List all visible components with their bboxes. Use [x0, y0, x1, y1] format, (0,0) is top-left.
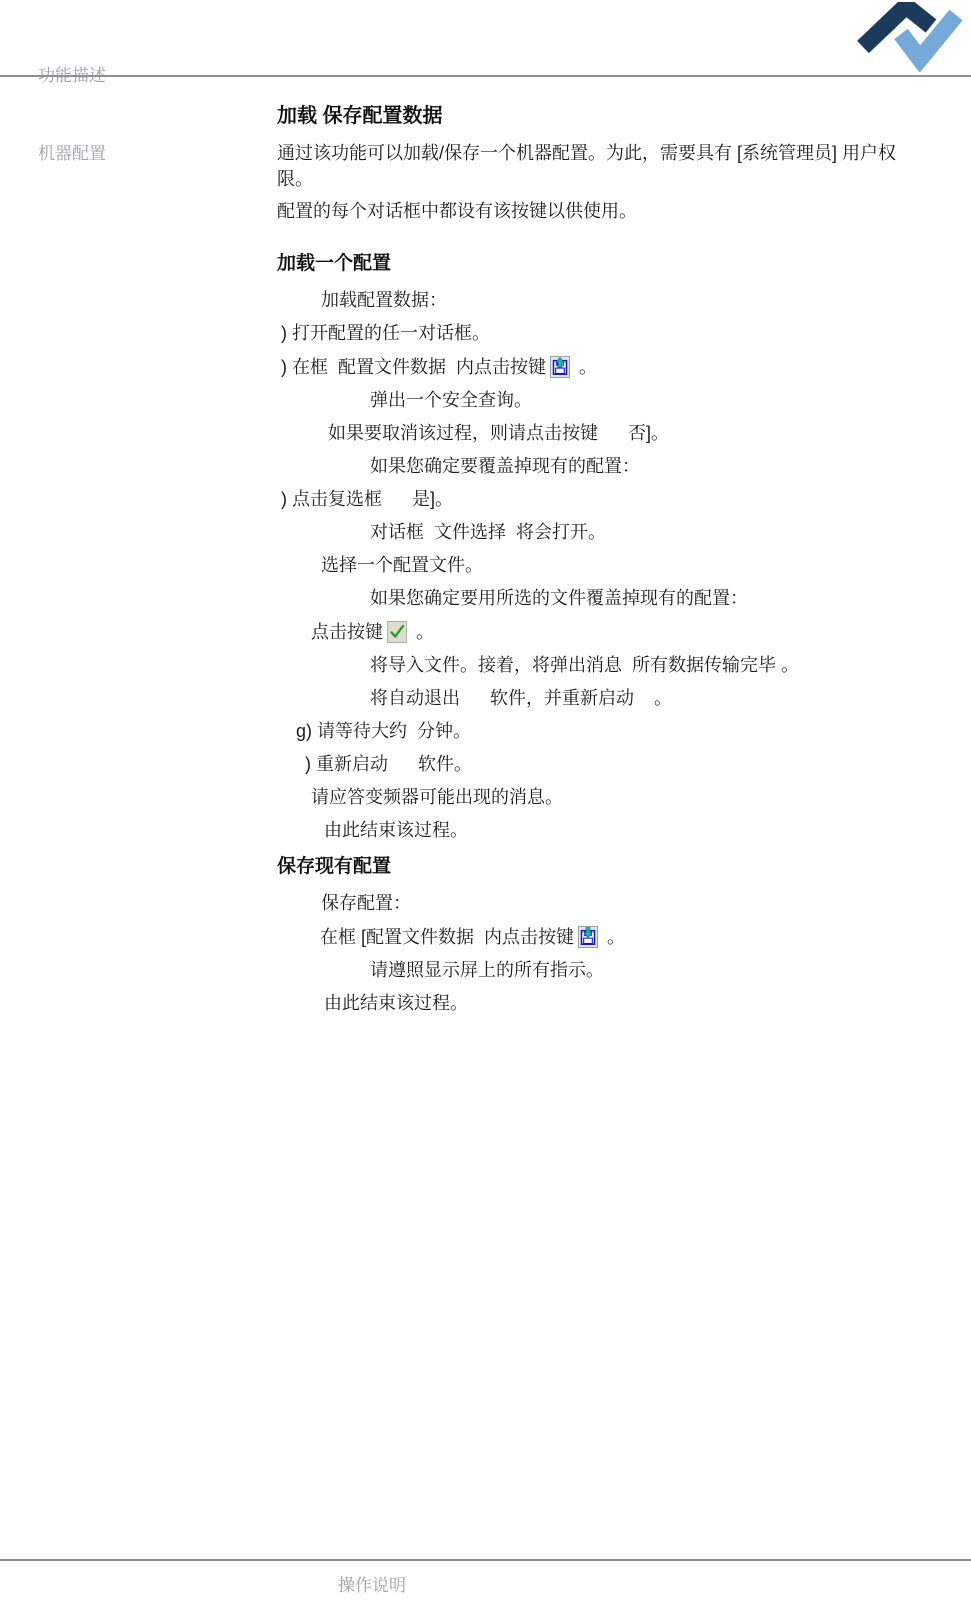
- footer-label: 操作说明: [338, 1575, 406, 1597]
- note-paragraph: 配置的每个对话框中都设有该按键以供使用。: [277, 198, 931, 224]
- step-result-line: 对话框 文件选择 将会打开。: [277, 522, 931, 543]
- confirm-checkmark-icon: [387, 621, 407, 643]
- step-line: 如果要取消该过程，则请点击按键 否]。: [277, 423, 931, 444]
- step-line: 选择一个配置文件。: [277, 555, 931, 576]
- step-line: g) 请等待大约 分钟。: [277, 721, 931, 742]
- page-title: 加载 保存配置数据: [277, 104, 931, 128]
- load-steps: 加载配置数据： ) 打开配置的任一对话框。 ) 在框 配置文件数据 内点击按键 …: [277, 290, 931, 841]
- step-result-line: 将导入文件。接着，将弹出消息 所有数据传输完毕 。: [277, 655, 931, 676]
- step-text: 点击按键: [311, 622, 383, 642]
- intro-paragraph: 通过该功能可以加载/保存一个机器配置。为此，需要具有 [系统管理员] 用户权限。: [277, 140, 931, 192]
- step-line: 在框 [配置文件数据 内点击按键 。: [277, 926, 931, 948]
- step-result-line: 请遵照显示屏上的所有指示。: [277, 960, 931, 981]
- step-text: ) 在框 配置文件数据 内点击按键: [281, 357, 546, 377]
- step-line: ) 重新启动 软件。: [277, 754, 931, 775]
- step-text: 。: [602, 927, 625, 947]
- section-heading-save: 保存现有配置: [277, 855, 931, 879]
- step-result-line: 将自动退出 软件，并重新启动 。: [277, 688, 931, 709]
- save-steps: 保存配置： 在框 [配置文件数据 内点击按键 。 请遵照显示屏上的所有指示。 由…: [277, 893, 931, 1014]
- section-heading-load: 加载一个配置: [277, 252, 931, 276]
- step-text: 。: [411, 622, 434, 642]
- load-config-floppy-up-arrow-icon: [550, 356, 570, 378]
- save-config-floppy-down-arrow-icon: [578, 926, 598, 948]
- page-content: 加载 保存配置数据 通过该功能可以加载/保存一个机器配置。为此，需要具有 [系统…: [0, 77, 971, 1026]
- brand-logo-icon: [848, 2, 966, 72]
- step-end-line: 由此结束该过程。: [277, 820, 931, 841]
- step-line: 保存配置：: [277, 893, 931, 914]
- manual-page: 功能描述 机器配置 加载 保存配置数据 通过该功能可以加载/保存一个机器配置。为…: [0, 0, 971, 1606]
- step-line: 请应答变频器可能出现的消息。: [277, 787, 931, 808]
- step-line: 点击按键 。: [277, 621, 931, 643]
- step-result-line: 如果您确定要覆盖掉现有的配置：: [277, 456, 931, 477]
- step-result-line: 弹出一个安全查询。: [277, 390, 931, 411]
- footer-divider: [0, 1559, 971, 1561]
- step-line: ) 打开配置的任一对话框。: [277, 323, 931, 344]
- step-result-line: 如果您确定要用所选的文件覆盖掉现有的配置：: [277, 588, 931, 609]
- step-line: ) 在框 配置文件数据 内点击按键 。: [277, 356, 931, 378]
- step-end-line: 由此结束该过程。: [277, 993, 931, 1014]
- step-line: ) 点击复选框 是]。: [277, 489, 931, 510]
- step-line: 加载配置数据：: [277, 290, 931, 311]
- step-text: 。: [574, 357, 597, 377]
- step-text: 在框 [配置文件数据 内点击按键: [320, 927, 574, 947]
